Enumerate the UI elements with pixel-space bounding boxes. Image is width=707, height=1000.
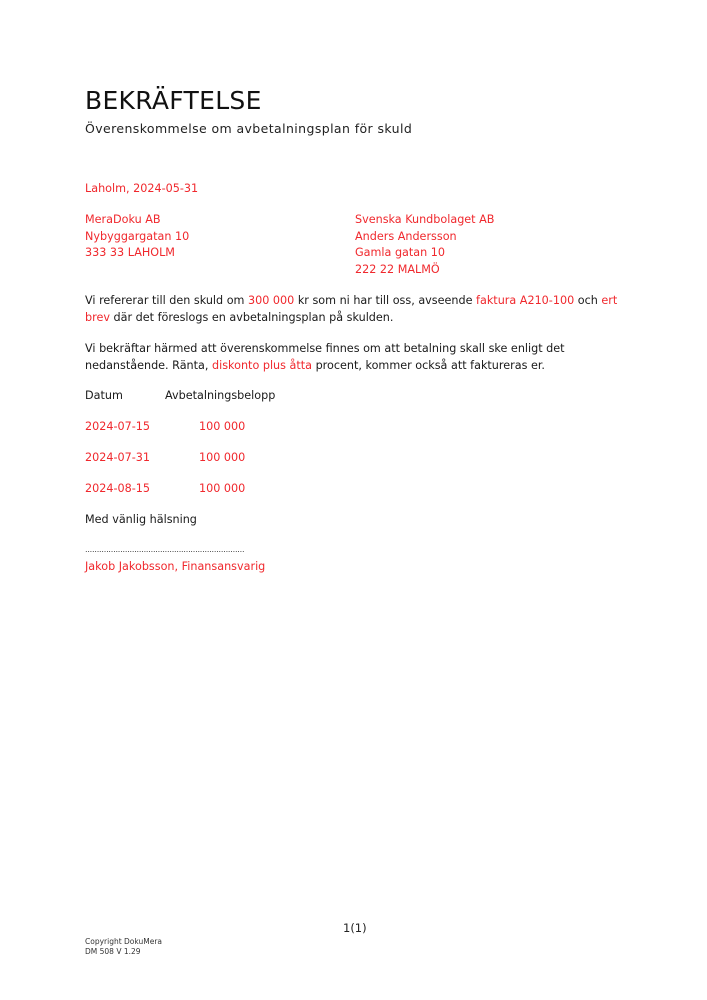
row-date: 2024-07-15 <box>85 419 150 436</box>
confirmation-paragraph: Vi bekräftar härmed att överenskommelse … <box>85 341 625 374</box>
recipient-postal: 222 22 MALMÖ <box>355 262 440 279</box>
row-amount: 100 000 <box>199 419 245 436</box>
footer-version: DM 508 V 1.29 <box>85 947 141 957</box>
text: procent, kommer också att faktureras er. <box>312 359 545 372</box>
row-amount: 100 000 <box>199 481 245 498</box>
sender-company: MeraDoku AB <box>85 212 161 229</box>
schedule-header-amount: Avbetalningsbelopp <box>165 388 275 405</box>
row-date: 2024-07-31 <box>85 450 150 467</box>
text: kr som ni har till oss, avseende <box>294 294 476 307</box>
document-subtitle: Överenskommelse om avbetalningsplan för … <box>85 121 412 136</box>
sender-street: Nybyggargatan 10 <box>85 229 189 246</box>
debt-amount: 300 000 <box>248 294 294 307</box>
closing-greeting: Med vänlig hälsning <box>85 512 197 529</box>
text: och <box>574 294 601 307</box>
schedule-header-date: Datum <box>85 388 123 405</box>
invoice-reference: faktura A210-100 <box>476 294 574 307</box>
footer-copyright: Copyright DokuMera <box>85 937 162 947</box>
signature-line: ........................................… <box>85 545 244 554</box>
row-date: 2024-08-15 <box>85 481 150 498</box>
reference-paragraph: Vi refererar till den skuld om 300 000 k… <box>85 293 625 326</box>
sender-postal: 333 33 LAHOLM <box>85 245 175 262</box>
signatory: Jakob Jakobsson, Finansansvarig <box>85 559 265 576</box>
document-title: BEKRÄFTELSE <box>85 86 262 115</box>
recipient-contact: Anders Andersson <box>355 229 457 246</box>
recipient-company: Svenska Kundbolaget AB <box>355 212 494 229</box>
place-date: Laholm, 2024-05-31 <box>85 181 198 198</box>
text: där det föreslogs en avbetalningsplan på… <box>110 311 393 324</box>
row-amount: 100 000 <box>199 450 245 467</box>
text: Vi refererar till den skuld om <box>85 294 248 307</box>
page-number: 1(1) <box>343 921 367 935</box>
interest-rate: diskonto plus åtta <box>212 359 312 372</box>
recipient-street: Gamla gatan 10 <box>355 245 445 262</box>
